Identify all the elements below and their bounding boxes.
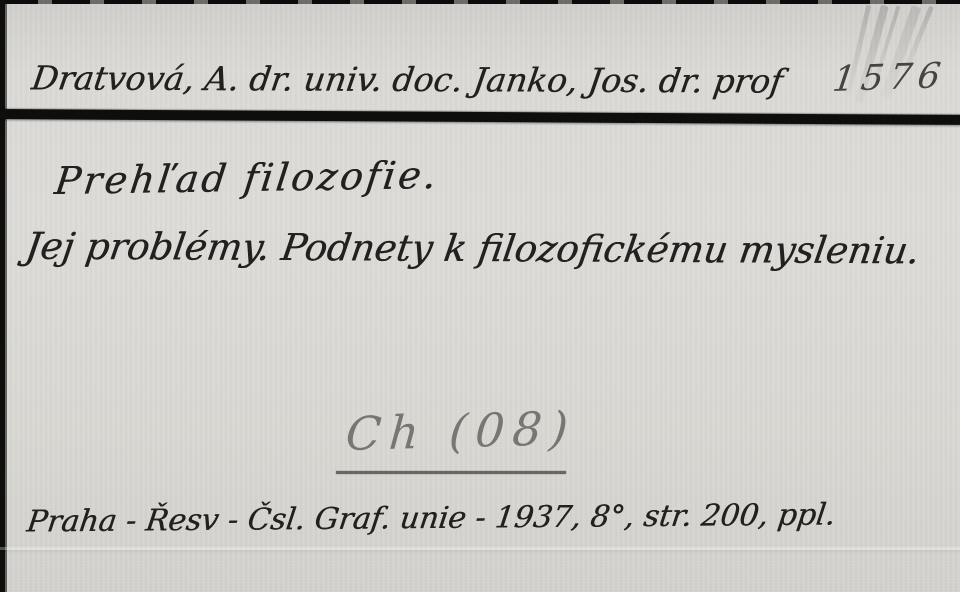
heading-rule <box>0 109 960 125</box>
card-left-edge <box>0 0 7 592</box>
author-heading-line: Dratvová, A. dr. univ. doc. Janko, Jos. … <box>29 58 785 100</box>
card-subtitle: Jej problémy. Podnety k filozofickému my… <box>23 225 923 273</box>
imprint-line: Praha - Řesv - Čsl. Graf. unie - 1937, 8… <box>25 497 838 539</box>
card-bottom-edge-highlight <box>0 547 960 550</box>
card-top-edge <box>0 0 960 4</box>
catalog-card-scan: Dratvová, A. dr. univ. doc. Janko, Jos. … <box>0 0 960 592</box>
card-title: Prehľad filozofie. <box>52 153 441 203</box>
catalog-number: 1576 <box>830 56 949 100</box>
classification-code: Ch (08) <box>344 401 578 461</box>
classification-underline <box>336 471 566 474</box>
